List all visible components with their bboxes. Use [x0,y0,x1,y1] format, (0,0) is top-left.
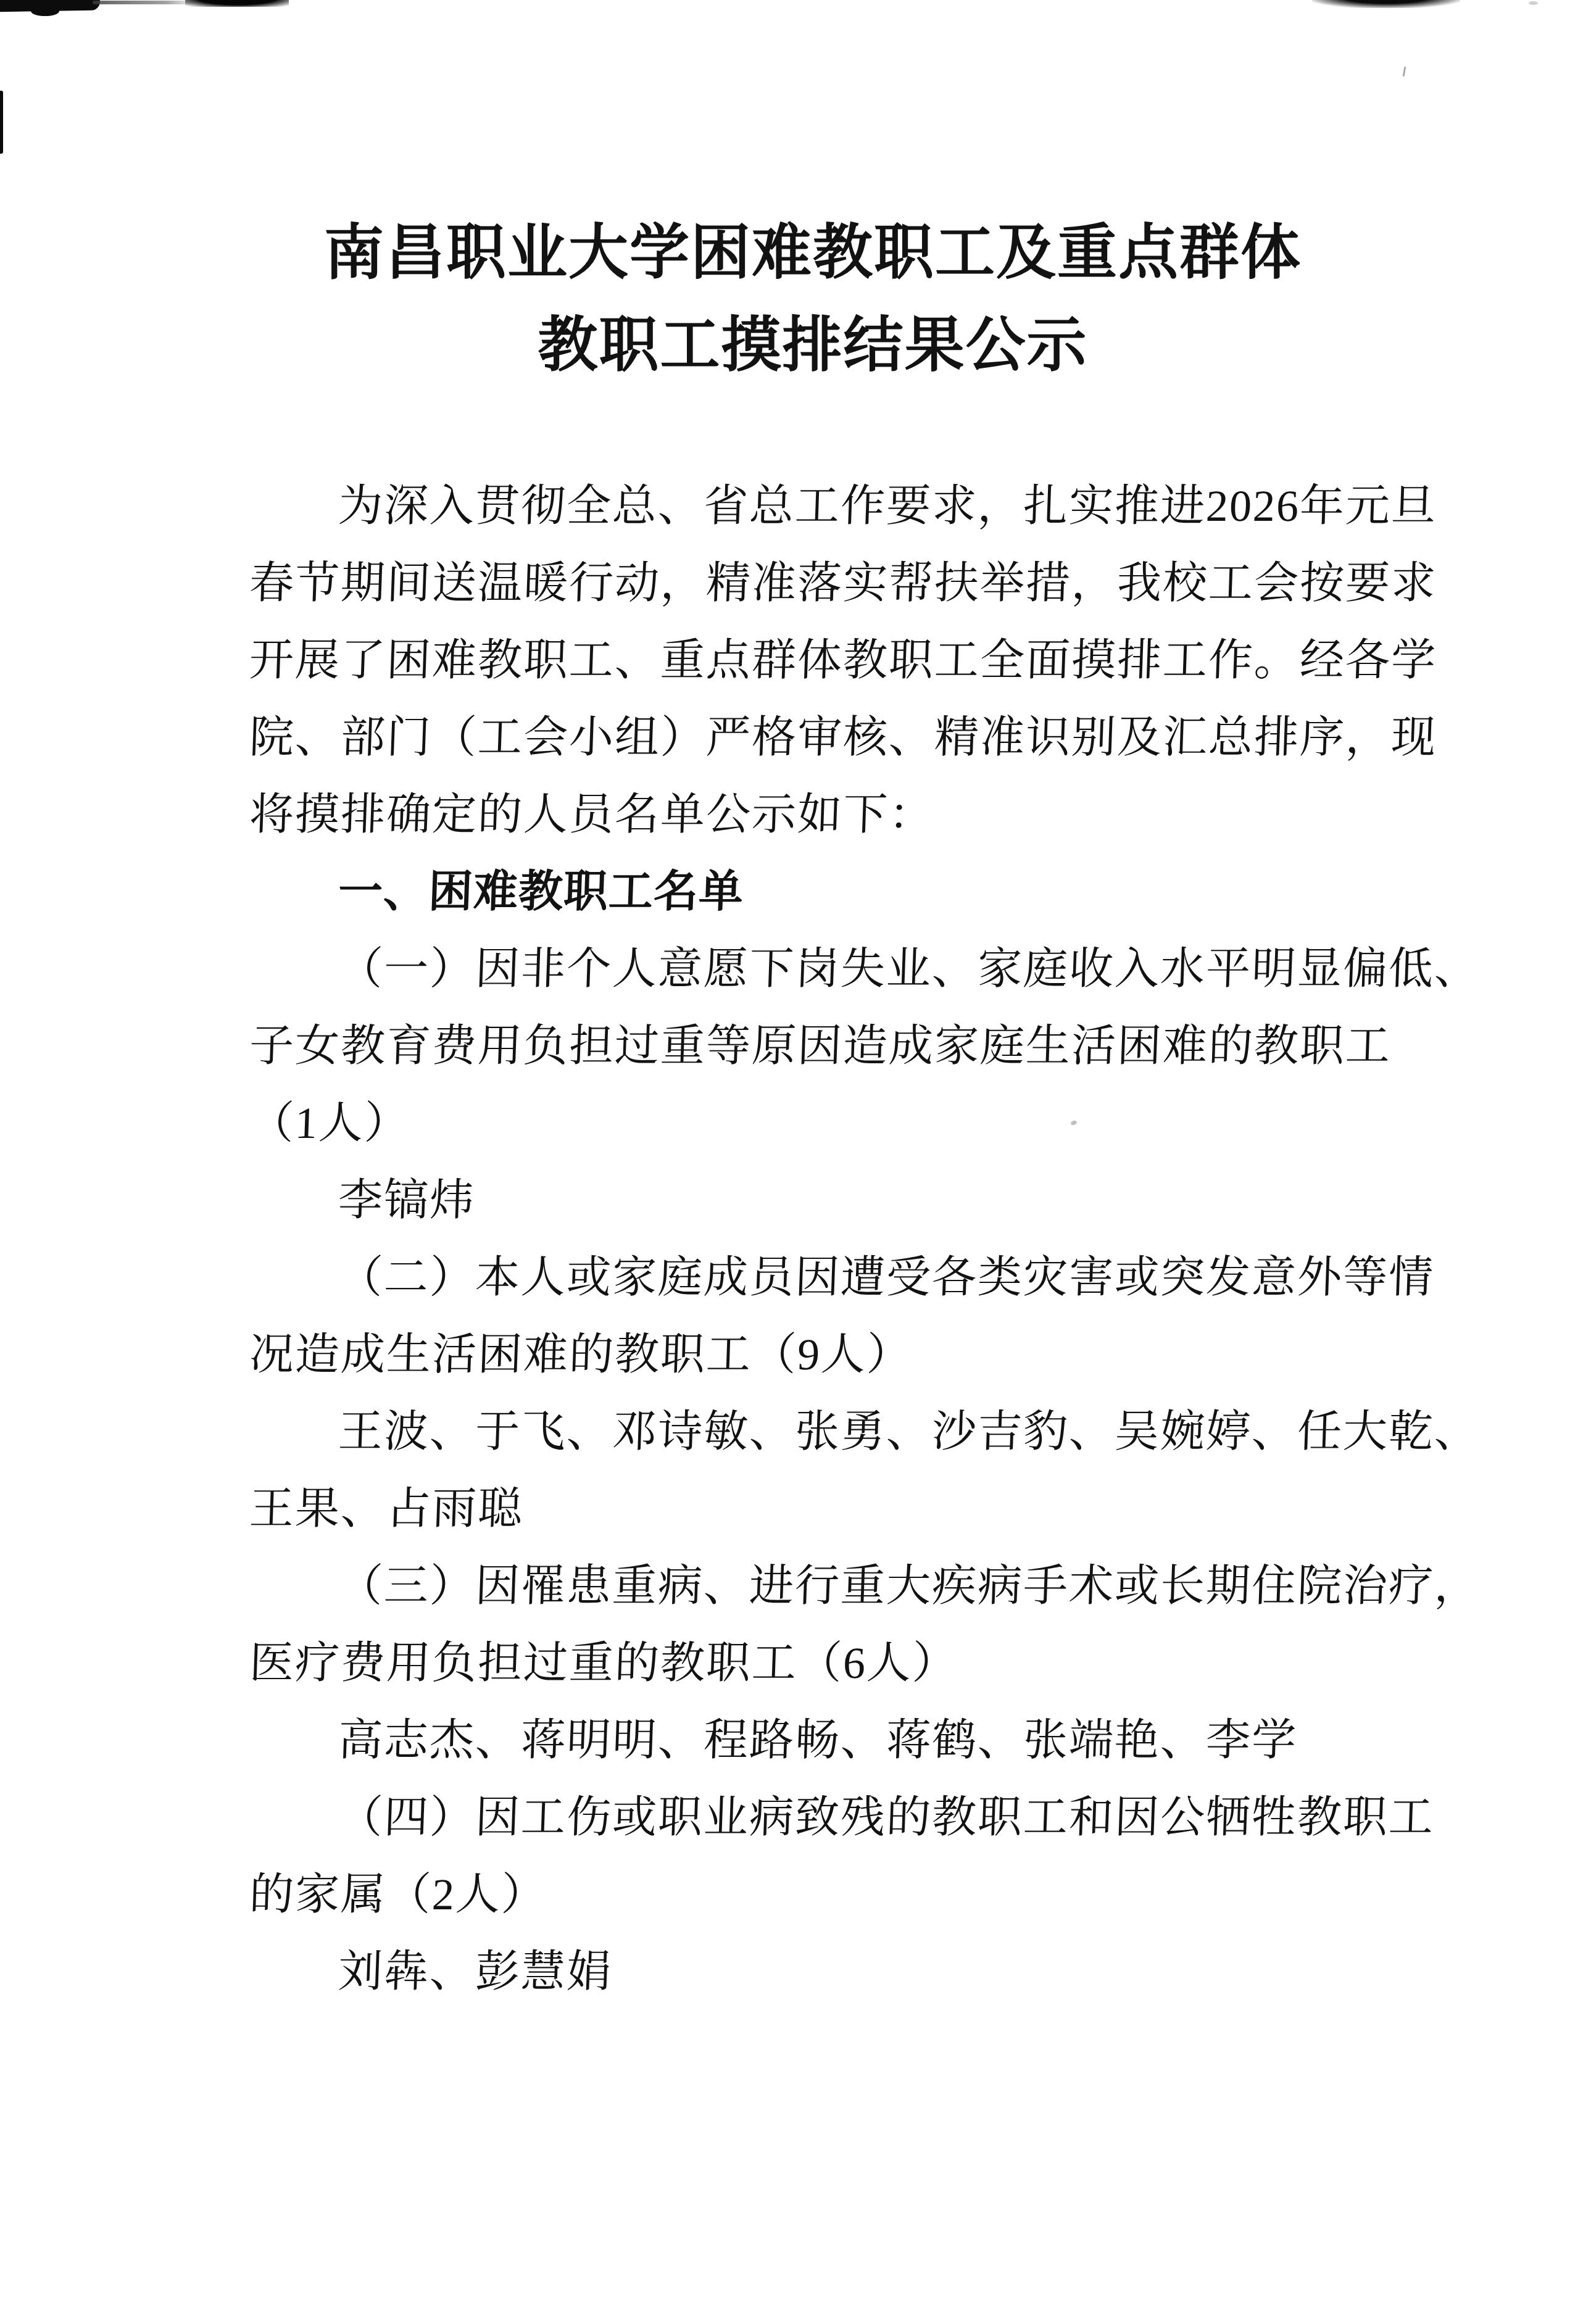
category-2-line-1: （二）本人或家庭成员因遭受各类灾害或突发意外等情 [248,1239,1361,1316]
scan-artifact-top-center-blob [185,0,289,7]
category-4-line-2: 的家属（2人） [248,1856,1361,1933]
category-1-line-1: （一）因非个人意愿下岗失业、家庭收入水平明显偏低、 [248,931,1361,1008]
category-2-names-1: 王波、于飞、邓诗敏、张勇、沙吉豹、吴婉婷、任大乾、 [248,1393,1361,1471]
category-2-line-2: 况造成生活困难的教职工（9人） [248,1316,1361,1393]
category-3-line-1: （三）因罹患重病、进行重大疾病手术或长期住院治疗， [248,1548,1361,1625]
scan-artifact-left-edge-line [0,91,3,154]
section-heading: 一、困难教职工名单 [248,853,1361,931]
scan-artifact-top-right-dot [1529,1,1538,5]
title-line-2: 教职工摸排结果公示 [35,299,1591,392]
document-page: 南昌职业大学困难教职工及重点群体 教职工摸排结果公示 为深入贯彻全总、省总工作要… [0,0,1591,2324]
paragraph-intro-line-1: 为深入贯彻全总、省总工作要求，扎实推进2026年元旦 [248,468,1361,545]
category-3-names: 高志杰、蒋明明、程路畅、蒋鹤、张端艳、李学 [248,1702,1361,1779]
category-3-line-2: 医疗费用负担过重的教职工（6人） [248,1625,1361,1702]
document-body: 为深入贯彻全总、省总工作要求，扎实推进2026年元旦春节期间送温暖行动，精准落实… [249,468,1360,2011]
category-2-names-2: 王果、占雨聪 [248,1471,1361,1548]
paragraph-intro-line-2: 春节期间送温暖行动，精准落实帮扶举措，我校工会按要求 [248,545,1361,622]
scan-artifact-top-left-nub [31,6,59,16]
category-4-line-1: （四）因工伤或职业病致残的教职工和因公牺牲教职工 [248,1779,1361,1856]
scan-artifact-top-streak [93,1,197,4]
paragraph-intro-line-5: 将摸排确定的人员名单公示如下： [248,776,1361,853]
title-line-1: 南昌职业大学困难教职工及重点群体 [35,207,1591,299]
paragraph-intro-line-3: 开展了困难教职工、重点群体教职工全面摸排工作。经各学 [248,622,1361,699]
scan-artifact-top-right-blob [1312,0,1460,8]
category-4-names: 刘犇、彭慧娟 [248,1933,1361,2011]
category-1-line-3: （1人） [248,1085,1361,1162]
category-1-names: 李镐炜 [248,1162,1361,1239]
document-title: 南昌职业大学困难教职工及重点群体 教职工摸排结果公示 [0,207,1591,392]
paragraph-intro-line-4: 院、部门（工会小组）严格审核、精准识别及汇总排序，现 [248,699,1361,776]
scan-artifact-right-tick [1403,67,1406,77]
category-1-line-2: 子女教育费用负担过重等原因造成家庭生活困难的教职工 [248,1008,1361,1085]
